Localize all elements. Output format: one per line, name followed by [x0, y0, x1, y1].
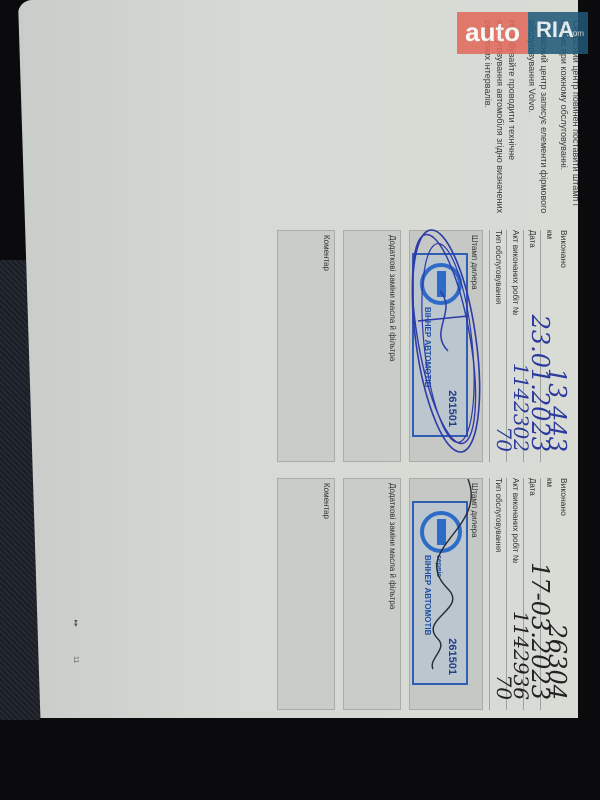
extra-label: Додаткові заміни масла й фільтра	[388, 483, 397, 609]
comment-box[interactable]: Коментар	[277, 230, 335, 462]
entry-title: ОБСЛУГОВУВАННЯ № 2	[577, 478, 588, 710]
km-label: км	[545, 230, 554, 239]
service-entry-1: ОБСЛУГОВУВАННЯ № 1 Виконано км 13 443 Да…	[277, 230, 588, 462]
type-row: Тип обслуговування 70	[489, 478, 506, 710]
volvo-logo-icon	[420, 263, 462, 305]
act-label: Акт виконаних робіт №	[511, 478, 520, 563]
page-number: 11	[72, 656, 79, 663]
type-value: 70	[492, 675, 516, 700]
date-label: Дата	[528, 478, 537, 496]
next-page-arrows-icon: ▸▸	[72, 620, 80, 627]
watermark-auto: auto	[457, 12, 528, 54]
autoria-watermark: auto RIA .com	[457, 12, 588, 54]
rotated-page-content: СЕРВІС ТА ОБСЛУГОВУВАННЯ СЕРВІСНА ДОКУМЕ…	[78, 20, 600, 720]
km-label: км	[545, 478, 554, 487]
comment-label: Коментар	[322, 235, 331, 271]
act-label: Акт виконаних робіт №	[511, 230, 520, 315]
stamp-service-small: сервіс	[435, 555, 442, 577]
stamp-service-name: ВІННЕР АВТОМОТІВ	[423, 307, 432, 387]
date-label: Дата	[528, 230, 537, 248]
type-label: Тип обслуговування	[494, 478, 503, 552]
stamp-label: Штамп дилера	[470, 483, 479, 538]
stamp-number: 261501	[446, 638, 458, 675]
dealer-stamp-box: Штамп дилера ВІННЕР АВТОМОТІВ 261501	[409, 230, 483, 462]
stamp-service-name: ВІННЕР АВТОМОТІВ	[423, 555, 432, 635]
volvo-logo-icon	[420, 511, 462, 553]
stamp-number: 261501	[446, 390, 458, 427]
type-value: 70	[492, 427, 516, 452]
dealer-stamp-box: Штамп дилера сервіс ВІННЕР АВТОМОТІВ 261…	[409, 478, 483, 710]
entry-title: ОБСЛУГОВУВАННЯ № 1	[577, 230, 588, 462]
dealer-stamp: сервіс ВІННЕР АВТОМОТІВ 261501	[412, 501, 468, 685]
watermark-ria: RIA .com	[528, 12, 588, 54]
service-entry-2: ОБСЛУГОВУВАННЯ № 2 Виконано км 26304 Дат…	[277, 478, 588, 710]
stamp-label: Штамп дилера	[470, 235, 479, 290]
comment-box[interactable]: Коментар	[277, 478, 335, 710]
type-row: Тип обслуговування 70	[489, 230, 506, 462]
booklet-page: СЕРВІС ТА ОБСЛУГОВУВАННЯ СЕРВІСНА ДОКУМЕ…	[18, 0, 578, 718]
watermark-domain: .com	[567, 16, 584, 52]
type-label: Тип обслуговування	[494, 230, 503, 304]
extra-oil-filter-box[interactable]: Додаткові заміни масла й фільтра	[343, 230, 401, 462]
extra-oil-filter-box[interactable]: Додаткові заміни масла й фільтра	[343, 478, 401, 710]
extra-label: Додаткові заміни масла й фільтра	[388, 235, 397, 361]
comment-label: Коментар	[322, 483, 331, 519]
dealer-stamp: ВІННЕР АВТОМОТІВ 261501	[412, 253, 468, 437]
